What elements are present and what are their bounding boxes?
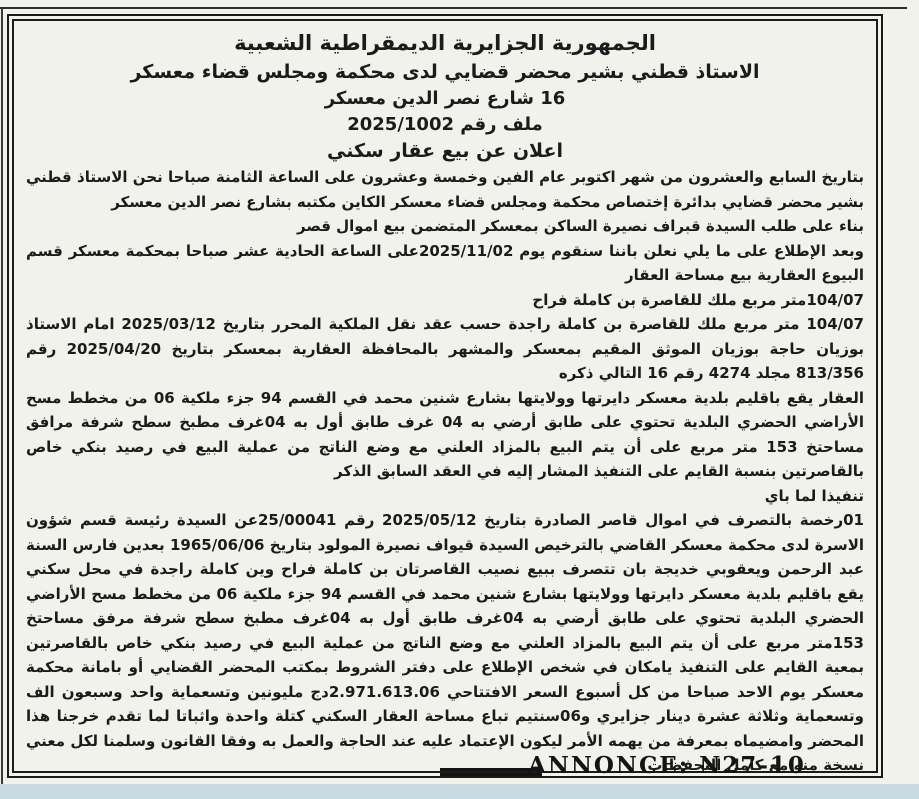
footer-thick-rule: [440, 768, 542, 776]
announcement-inner-border: الجمهورية الجزايرية الديمقراطية الشعبية …: [12, 19, 878, 773]
paragraph-date-intro: بتاريخ السابع والعشرون من شهر اكتوبر عام…: [26, 165, 864, 214]
scan-left-edge-line: [1, 9, 3, 785]
paragraph-execution-intro: تنفيذا لما باي: [26, 484, 864, 509]
header-line-file-number: ملف رقم 2025/1002: [26, 112, 864, 138]
header-line-address: 16 شارع نصر الدين معسكر: [26, 86, 864, 112]
announcement-body: بتاريخ السابع والعشرون من شهر اكتوبر عام…: [26, 165, 864, 773]
announcement-header: الجمهورية الجزايرية الديمقراطية الشعبية …: [26, 29, 864, 165]
annonce-number: ANNONCE: N27-10: [528, 752, 806, 779]
paragraph-request: بناء على طلب السيدة قبراف نصيرة الساكن ب…: [26, 214, 864, 239]
header-line-bailiff: الاستاذ قطني بشير محضر قضايي لدى محكمة و…: [26, 58, 864, 86]
announcement-outer-border: الجمهورية الجزايرية الديمقراطية الشعبية …: [7, 14, 883, 778]
paragraph-share-ferrah: 104/07متر مربع ملك للقاصرة بن كاملة فراح: [26, 288, 864, 313]
paragraph-property-description: العقار يقع باقليم بلدية معسكر دايرتها وو…: [26, 386, 864, 484]
scan-top-edge-line: [0, 7, 907, 9]
scanned-announcement-page: الجمهورية الجزايرية الديمقراطية الشعبية …: [0, 0, 919, 799]
header-line-title: اعلان عن بيع عقار سكني: [26, 138, 864, 165]
scan-bottom-strip: [0, 784, 919, 799]
paragraph-sale-announcement: وبعد الإطلاع على ما يلي نعلن باننا سنقوم…: [26, 239, 864, 288]
header-line-republic: الجمهورية الجزايرية الديمقراطية الشعبية: [26, 29, 864, 58]
paragraph-share-radjda: 104/07 متر مربع ملك للقاصرة بن كاملة راج…: [26, 312, 864, 386]
paragraph-license-details: 01رخصة بالتصرف في اموال قاصر الصادرة بتا…: [26, 508, 864, 773]
